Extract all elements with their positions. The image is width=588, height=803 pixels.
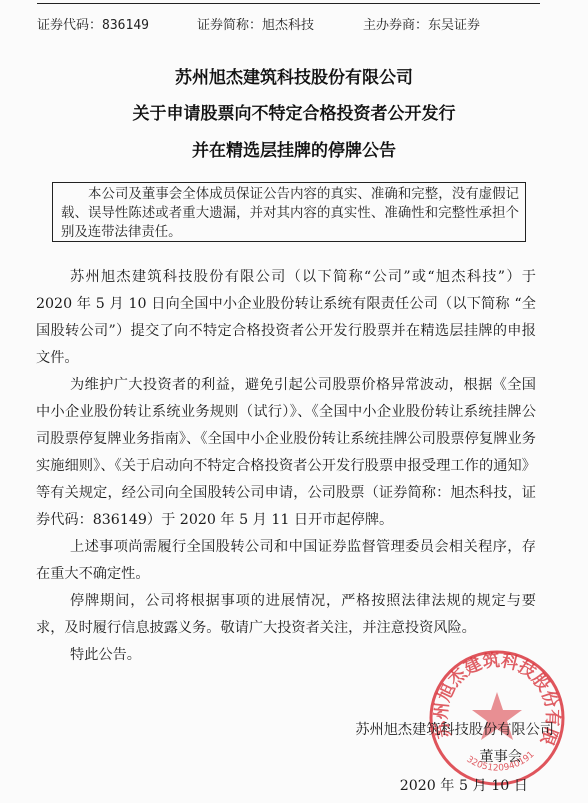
security-abbr-label: 证券简称： [197,18,262,33]
security-code: 证券代码：836149 [37,14,149,33]
disclaimer-box: 本公司及董事会全体成员保证公告内容的真实、准确和完整，没有虚假记载、误导性陈述或… [52,182,526,242]
security-info-header: 证券代码：836149 证券简称：旭杰科技 主办券商：东吴证券 [37,14,540,34]
title-company: 苏州旭杰建筑科技股份有限公司 [0,63,588,88]
paragraph-disclosure: 停牌期间，公司将根据事项的进展情况，严格按照法律法规的规定与要求，及时履行信息披… [36,588,536,642]
announcement-body: 苏州旭杰建筑科技股份有限公司（以下简称“公司”或“旭杰科技”）于 2020 年 … [36,264,536,669]
security-abbr: 证券简称：旭杰科技 [197,14,314,33]
signature-company: 苏州旭杰建筑科技股份有限公司 [355,719,554,739]
paragraph-submission: 苏州旭杰建筑科技股份有限公司（以下简称“公司”或“旭杰科技”）于 2020 年 … [36,264,536,372]
company-seal-icon: 苏州旭杰建筑科技股份有限公司 3205120940191 [427,648,567,788]
security-code-value: 836149 [102,18,149,33]
signature-board: 董事会 [479,746,522,766]
broker-value: 东吴证券 [428,18,480,33]
broker-label: 主办券商： [363,18,428,33]
security-code-label: 证券代码： [37,18,102,33]
title-subject-line2: 并在精选层挂牌的停牌公告 [0,136,588,161]
paragraph-closing: 特此公告。 [36,642,536,669]
paragraph-uncertainty: 上述事项尚需履行全国股转公司和中国证券监督管理委员会相关程序，存在重大不确定性。 [36,534,536,588]
paragraph-suspension-basis: 为维护广大投资者的利益，避免引起公司股票价格异常波动，根据《全国中小企业股份转让… [36,372,536,534]
title-subject-line1: 关于申请股票向不特定合格投资者公开发行 [0,99,588,124]
sponsor-broker: 主办券商：东吴证券 [363,14,480,33]
header-rule [37,3,540,4]
signature-date: 2020 年 5 月 10 日 [400,775,528,795]
security-abbr-value: 旭杰科技 [262,18,314,33]
